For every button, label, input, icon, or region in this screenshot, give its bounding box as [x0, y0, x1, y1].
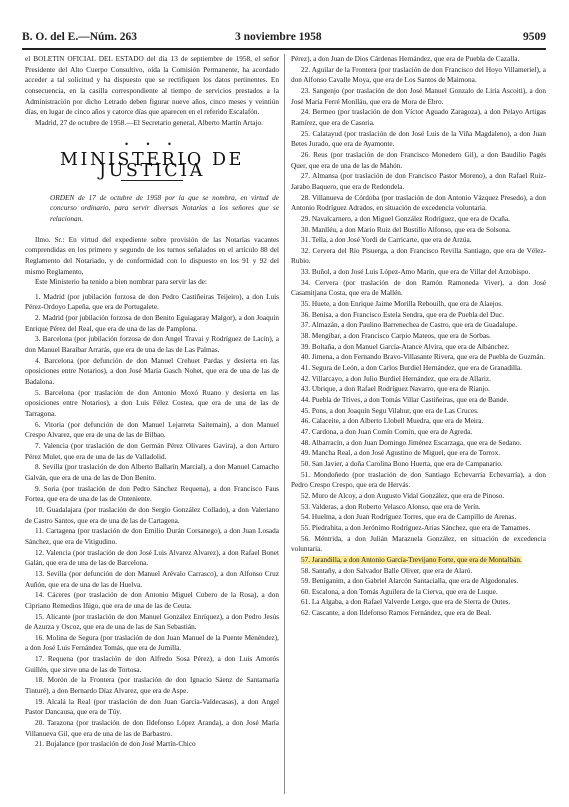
list-item: 44. Puebla de Trives, a don Tomás Villar…: [291, 395, 546, 406]
left-column: el BOLETIN OFICIAL DEL ESTADO del día 13…: [25, 54, 279, 750]
list-item: 25. Calatayud (por traslación de don Jos…: [291, 129, 546, 150]
list-item: 39. Boltaña, a don Manuel García-Atance …: [291, 342, 546, 353]
list-item: 9. Soria (por traslación de don Pedro Sá…: [25, 484, 279, 505]
list-item: 56. Méntrida, a don Julián Marazuela Gon…: [291, 534, 546, 555]
list-item: 55. Piedrahita, a don Jerónimo Rodríguez…: [291, 523, 546, 534]
list-item: 21. Bujalance (por traslación de don Jos…: [25, 739, 279, 750]
list-item: 31. Tella, a don José Yordi de Carricart…: [291, 235, 546, 246]
list-item: 41. Segura de León, a don Carlos Burdiel…: [291, 363, 546, 374]
list-item: 4. Barcelona (por defunción de don Manue…: [25, 356, 279, 388]
list-item: 23. Sangenjo (por traslación de don José…: [291, 86, 546, 107]
list-item: 5. Barcelona (por traslación de don Anto…: [25, 388, 279, 420]
list-item: 50. San Javier, a doña Carolina Bono Hue…: [291, 459, 546, 470]
list-item: 8. Sevilla (por traslación de don Albert…: [25, 462, 279, 483]
header-rule: [22, 48, 546, 50]
list-item: 16. Molina de Segura (por traslación de …: [25, 633, 279, 654]
list-item: 59. Beniganim, a don Gabriel Alarcón San…: [291, 576, 546, 587]
list-item: 24. Bermeo (por traslación de don Víctor…: [291, 107, 546, 128]
list-item: 30. Manlléu, a don Mario Ruiz del Bustil…: [291, 225, 546, 236]
list-item: 42. Villarcayo, a don Julio Burdiel Hern…: [291, 374, 546, 385]
list-item: 15. Alicante (por traslación de don Manu…: [25, 612, 279, 633]
list-item: 35. Huete, a don Enrique Jaime Morilla R…: [291, 299, 546, 310]
list-item: 57. Jarandilla, a don Antonio García-Tre…: [291, 555, 546, 566]
list-item: 33. Buñol, a don José Luis López-Amo Mar…: [291, 267, 546, 278]
list-item: 11. Cartagena (por traslación de don Emi…: [25, 526, 279, 547]
list-item: 28. Villanueva de Córdoba (por traslació…: [291, 193, 546, 214]
page-header: B. O. del E.—Núm. 263 3 noviembre 1958 9…: [22, 31, 546, 45]
list-item: 51. Mondoñedo (por traslación de don San…: [291, 470, 546, 491]
column-divider: [284, 54, 285, 794]
list-item: 62. Cascante, a don Ildefonso Ramos Fern…: [291, 608, 546, 619]
list-item: 49. Mancha Real, a don José Agustino de …: [291, 448, 546, 459]
list-item: 58. Santañy, a don Salvador Balle Oliver…: [291, 566, 546, 577]
list-item: 13. Sevilla (por defunción de don Manuel…: [25, 569, 279, 590]
list-item: 37. Almazán, a don Paulino Barrenechea d…: [291, 320, 546, 331]
list-item: 54. Huelma, a don Juan Rodríguez Torres,…: [291, 512, 546, 523]
list-item: 18. Morón de la Frontera (por traslación…: [25, 675, 279, 696]
list-item: 34. Cervera (por traslación de don Ramón…: [291, 278, 546, 299]
list-item: 17. Requena (por traslación de don Alfre…: [25, 654, 279, 675]
list-item: 6. Vitoria (por defunción de don Manuel …: [25, 420, 279, 441]
list-item: 29. Navalcarnero, a don Miguel González …: [291, 214, 546, 225]
right-entries-list: 22. Aguilar de la Frontera (por traslaci…: [291, 65, 546, 619]
preamble: Ilmo. Sr.: En virtud del expediente sobr…: [25, 235, 279, 278]
list-item: 47. Cardona, a don Juan Comín Comín, que…: [291, 427, 546, 438]
left-entries-list: 1. Madrid (por jubilación forzosa de don…: [25, 292, 279, 750]
list-item: 20. Tarazona (por traslación de don Ilde…: [25, 718, 279, 739]
list-item: 38. Mengíbar, a don Francisco Carpio Mat…: [291, 331, 546, 342]
list-item: 45. Pons, a don Joaquín Segu Vilahur, qu…: [291, 406, 546, 417]
list-item: 2. Madrid (por jubilación forzosa de don…: [25, 313, 279, 334]
list-item: 19. Alcalá la Real (por traslación de do…: [25, 697, 279, 718]
decree: Este Ministerio ha tenido a bien nombrar…: [25, 277, 279, 288]
publication-number: B. O. del E.—Núm. 263: [22, 31, 137, 43]
continuation-paragraph: Pérez), a don Juan de Dios Cárdenas Hern…: [291, 54, 546, 65]
right-column: Pérez), a don Juan de Dios Cárdenas Hern…: [291, 54, 546, 619]
list-item: 3. Barcelona (por jubilación forzosa de …: [25, 334, 279, 355]
publication-date: 3 noviembre 1958: [235, 31, 322, 43]
list-item: 7. Valencia (por traslación de don Germá…: [25, 441, 279, 462]
page-number: 9509: [523, 31, 546, 43]
intro-paragraph: el BOLETIN OFICIAL DEL ESTADO del día 13…: [25, 54, 279, 118]
list-item: 43. Ubrique, a don Rafael Rodríguez Nava…: [291, 384, 546, 395]
list-item: 48. Albarracín, a don Juan Domingo Jimén…: [291, 438, 546, 449]
list-item: 36. Benisa, a don Francisco Estela Sendr…: [291, 310, 546, 321]
list-item: 40. Jimena, a don Fernando Bravo-Villasa…: [291, 352, 546, 363]
list-item: 22. Aguilar de la Frontera (por traslaci…: [291, 65, 546, 86]
signature: Madrid, 27 de octubre de 1958.—El Secret…: [25, 118, 279, 129]
list-item: 12. Valencia (por traslación de don José…: [25, 548, 279, 569]
list-item: 53. Valderas, a don Roberto Velasco Alon…: [291, 502, 546, 513]
ministry-title: MINISTERIO DE JUSTICIA: [25, 155, 279, 176]
list-item: 1. Madrid (por jubilación forzosa de don…: [25, 292, 279, 313]
list-item: 61. La Algaba, a don Rafael Valverde Ler…: [291, 597, 546, 608]
list-item: 27. Almansa (por traslación de don Franc…: [291, 171, 546, 192]
list-item: 52. Muro de Alcoy, a don Augusto Vidal G…: [291, 491, 546, 502]
list-item: 46. Calaceite, a don Alberto Llobell Mue…: [291, 416, 546, 427]
list-item: 32. Cervera del Río Pisuerga, a don Fran…: [291, 246, 546, 267]
list-item: 26. Reus (por traslación de don Francisc…: [291, 150, 546, 171]
highlighted-entry: 57. Jarandilla, a don Antonio García-Tre…: [301, 556, 522, 564]
orden-title: ORDEN de 17 de octubre de 1958 por la qu…: [25, 193, 279, 225]
list-item: 14. Cáceres (por traslación de don Anton…: [25, 590, 279, 611]
list-item: 10. Guadalajara (por traslación de don S…: [25, 505, 279, 526]
section-separator: • • •: [25, 139, 279, 150]
list-item: 60. Escalona, a don Tomás Aguilera de la…: [291, 587, 546, 598]
